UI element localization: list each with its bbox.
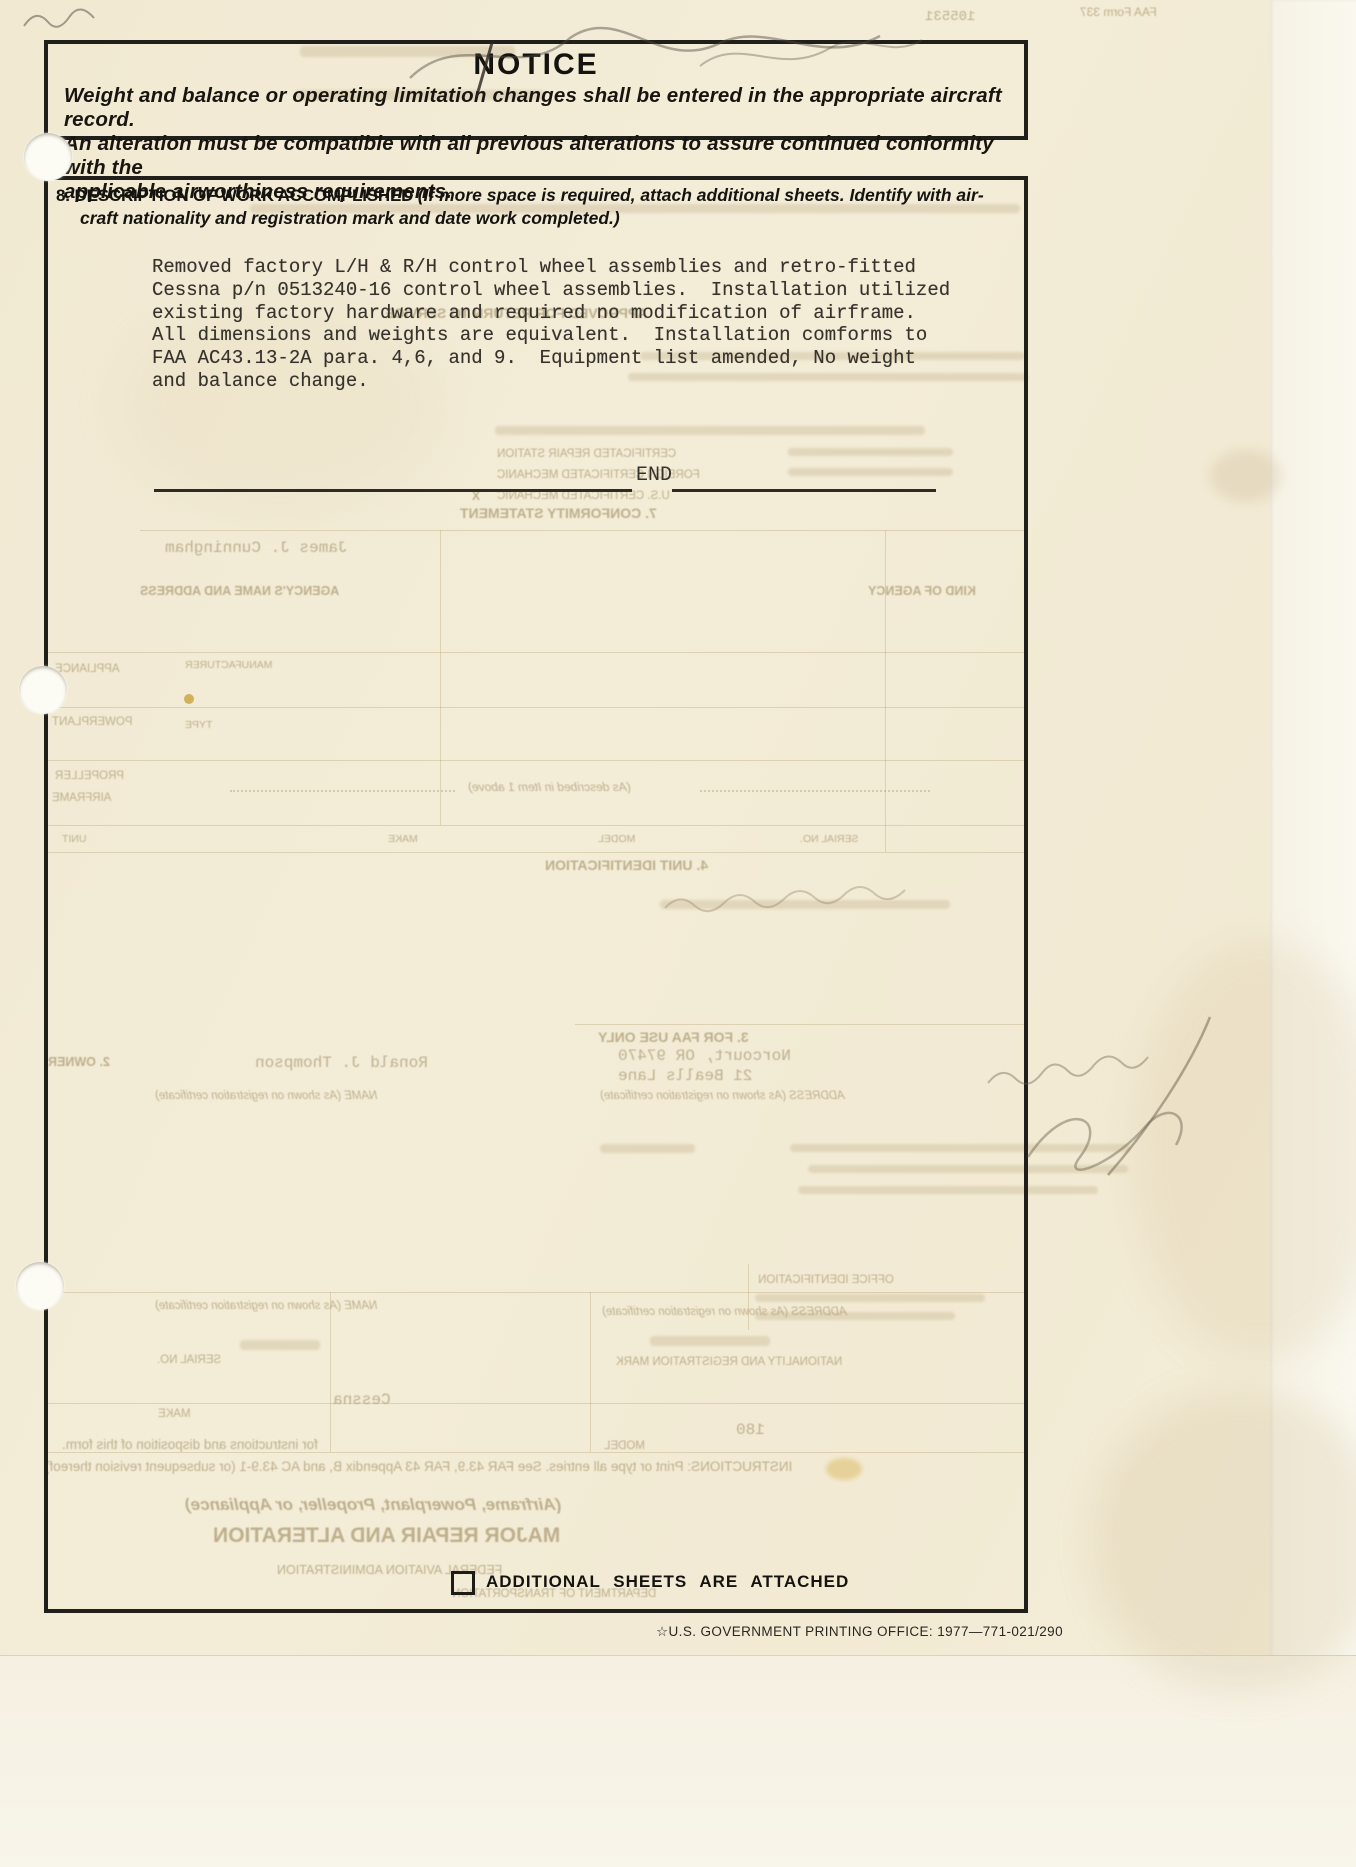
additional-sheets-row: ADDITIONAL SHEETS ARE ATTACHED bbox=[48, 1570, 1024, 1594]
description-of-work-box: 8. DESCRIPTION OF WORK ACCOMPLISHED (If … bbox=[44, 176, 1028, 1613]
notice-title: NOTICE bbox=[48, 48, 1024, 82]
section8-heading-note: (If more space is required, attach addit… bbox=[418, 185, 984, 205]
end-rule-right bbox=[672, 489, 936, 492]
bleed-text: FAA Form 337 bbox=[1080, 6, 1157, 19]
end-rule-left bbox=[154, 489, 632, 492]
punch-hole-bottom bbox=[16, 1262, 64, 1310]
notice-body-line: An alteration must be compatible with al… bbox=[64, 132, 1012, 180]
section8-heading-note-line2: craft nationality and registration mark … bbox=[80, 208, 620, 229]
gpo-credit-line: ☆U.S. GOVERNMENT PRINTING OFFICE: 1977—7… bbox=[656, 1624, 1063, 1640]
typewritten-line: All dimensions and weights are equivalen… bbox=[152, 324, 950, 347]
section8-heading: 8. DESCRIPTION OF WORK ACCOMPLISHED (If … bbox=[56, 185, 984, 206]
typewritten-line: Cessna p/n 0513240-16 control wheel asse… bbox=[152, 279, 950, 302]
typewritten-line: and balance change. bbox=[152, 370, 950, 393]
scanned-form-page: 105531FAA Form 337APPROVED FOR RETURN TO… bbox=[0, 0, 1356, 1867]
end-marker: END bbox=[636, 464, 672, 487]
punch-hole-top bbox=[24, 133, 72, 181]
section8-heading-title: DESCRIPTION OF WORK ACCOMPLISHED bbox=[75, 186, 418, 205]
typewritten-line: FAA AC43.13-2A para. 4,6, and 9. Equipme… bbox=[152, 347, 950, 370]
additional-sheets-checkbox[interactable] bbox=[451, 1571, 475, 1595]
bleed-text: 105531 bbox=[925, 10, 975, 25]
section8-heading-number: 8. bbox=[56, 186, 70, 205]
typewritten-line: existing factory hardware and required n… bbox=[152, 302, 950, 325]
additional-sheets-label: ADDITIONAL SHEETS ARE ATTACHED bbox=[486, 1572, 849, 1592]
notice-body-line: Weight and balance or operating limitati… bbox=[64, 84, 1012, 132]
punch-hole-middle bbox=[19, 666, 67, 714]
typewritten-line: Removed factory L/H & R/H control wheel … bbox=[152, 256, 950, 279]
notice-box: NOTICE Weight and balance or operating l… bbox=[44, 40, 1028, 140]
typewritten-description: Removed factory L/H & R/H control wheel … bbox=[152, 256, 950, 393]
